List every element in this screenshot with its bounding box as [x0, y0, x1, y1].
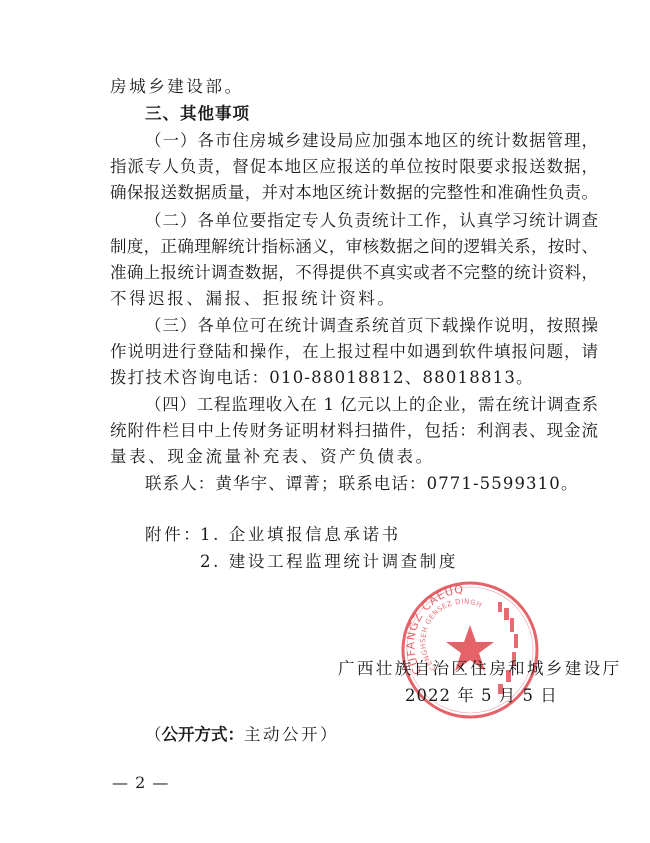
- paragraph-2-line-3: 准确上报统计调查数据，不得提供不真实或者不完整的统计资料，: [110, 263, 598, 283]
- disclosure-value: 主动公开: [244, 725, 320, 744]
- paragraph-1-line-3: 确保报送数据质量，并对本地区统计数据的完整性和准确性负责。: [110, 183, 598, 203]
- attachment-item-1[interactable]: 1. 企业填报信息承诺书: [200, 525, 401, 545]
- paragraph-4-line-2: 统附件栏目中上传财务证明材料扫描件，包括：利润表、现金流: [110, 421, 598, 441]
- paragraph-4-line-1: （四）工程监理收入在 1 亿元以上的企业，需在统计调查系: [145, 395, 598, 415]
- paragraph-1-line-1: （一）各市住房城乡建设局应加强本地区的统计数据管理，: [145, 131, 598, 151]
- paragraph-2-line-1: （二）各单位要指定专人负责统计工作，认真学习统计调查: [145, 211, 598, 231]
- section-heading: 三、其他事项: [145, 104, 250, 124]
- disclosure-open-paren: （: [145, 725, 162, 744]
- disclosure-line: （公开方式：主动公开）: [145, 725, 337, 745]
- signature-date: 2022 年 5 月 5 日: [405, 686, 558, 706]
- attachments-label: 附件：: [145, 525, 202, 545]
- paragraph-3-line-1: （三）各单位可在统计调查系统首页下载操作说明，按照操: [145, 316, 598, 336]
- signature-organization: 广西壮族自治区住房和城乡建设厅: [338, 659, 622, 679]
- contact-line: 联系人：黄华宇、谭菁；联系电话：0771-5599310。: [145, 474, 578, 494]
- paragraph-1-line-2: 指派专人负责，督促本地区应报送的单位按时限要求报送数据，: [110, 157, 598, 177]
- paragraph-3-line-2: 作说明进行登陆和操作，在上报过程中如遇到软件填报问题，请: [110, 342, 598, 362]
- document-page: 房城乡建设部。 三、其他事项 （一）各市住房城乡建设局应加强本地区的统计数据管理…: [0, 0, 650, 843]
- attachment-item-2[interactable]: 2. 建设工程监理统计调查制度: [200, 552, 458, 572]
- page-number: — 2 —: [112, 773, 169, 792]
- paragraph-4-line-3: 量表、现金流量补充表、资产负债表。: [110, 447, 435, 467]
- paragraph-2-line-4: 不得迟报、漏报、拒报统计资料。: [110, 289, 397, 309]
- continuation-line: 房城乡建设部。: [110, 77, 244, 97]
- disclosure-label: 公开方式：: [162, 725, 245, 744]
- paragraph-2-line-2: 制度，正确理解统计指标涵义，审核数据之间的逻辑关系，按时、: [110, 237, 598, 257]
- disclosure-close-paren: ）: [320, 725, 337, 744]
- paragraph-3-line-3: 拨打技术咨询电话：010-88018812、88018813。: [110, 368, 534, 388]
